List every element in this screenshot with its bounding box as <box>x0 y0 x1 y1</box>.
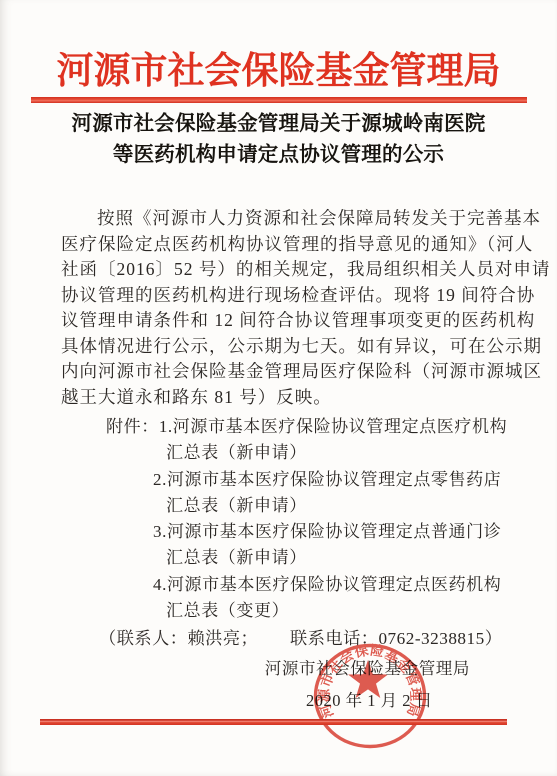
body-line: 协议管理的医药机构进行现场检查评估。现将 19 间符合协 <box>61 283 513 309</box>
attachment-number: 4. <box>153 575 167 594</box>
attachment-number: 1. <box>159 417 173 436</box>
attachment-item-2-title: 2.河源市基本医疗保险协议管理定点零售药店 <box>106 467 526 493</box>
attachment-item-3-cont: 汇总表（新申请） <box>106 545 526 571</box>
attachment-item-4-title: 4.河源市基本医疗保险协议管理定点医药机构 <box>106 572 526 598</box>
seal-star-icon <box>348 660 388 698</box>
attachment-text: 河源市基本医疗保险协议管理定点医疗机构 <box>173 417 507 436</box>
contact-line: （联系人：赖洪亮； 联系电话：0762-3238815） <box>0 624 557 650</box>
attachments-label: 附件： <box>106 417 159 436</box>
footer-red-rule <box>40 719 507 725</box>
document-title: 河源市社会保险基金管理局关于源城岭南医院 等医药机构申请定点协议管理的公示 <box>0 109 557 171</box>
document-title-line2: 等医药机构申请定点协议管理的公示 <box>0 140 557 171</box>
attachments-block: 附件：1.河源市基本医疗保险协议管理定点医疗机构 汇总表（新申请） 2.河源市基… <box>106 414 526 624</box>
contact-person: （联系人：赖洪亮； <box>99 624 258 649</box>
attachment-item-1-cont: 汇总表（新申请） <box>106 440 526 466</box>
attachment-number: 2. <box>153 470 167 489</box>
document-title-line1: 河源市社会保险基金管理局关于源城岭南医院 <box>0 109 557 140</box>
official-seal: 河源市社会保险基金管理局 <box>312 642 430 752</box>
body-line: 医疗保险定点医药机构协议管理的指导意见的通知》（河人 <box>61 232 513 258</box>
attachment-item-3-title: 3.河源市基本医疗保险协议管理定点普通门诊 <box>106 519 526 545</box>
body-line: 社函〔2016〕52 号）的相关规定，我局组织相关人员对申请 <box>61 257 513 283</box>
attachment-item-4-cont: 汇总表（变更） <box>106 598 526 624</box>
attachment-text: 河源市基本医疗保险协议管理定点普通门诊 <box>167 522 501 541</box>
attachment-text: 河源市基本医疗保险协议管理定点医药机构 <box>167 575 501 594</box>
attachment-item-1-title: 附件：1.河源市基本医疗保险协议管理定点医疗机构 <box>106 414 526 440</box>
document-page: 河源市社会保险基金管理局 河源市社会保险基金管理局关于源城岭南医院 等医药机构申… <box>0 0 557 776</box>
issuing-org-header: 河源市社会保险基金管理局 <box>0 46 557 98</box>
body-line: 具体情况进行公示，公示期为七天。如有异议，可在公示期 <box>61 334 513 360</box>
body-line: 内向河源市社会保险基金管理局医疗保险科（河源市源城区 <box>61 359 513 385</box>
attachment-number: 3. <box>153 522 167 541</box>
body-line: 越王大道永和路东 81 号）反映。 <box>61 385 513 411</box>
attachment-item-2-cont: 汇总表（新申请） <box>106 493 526 519</box>
body-paragraph: 按照《河源市人力资源和社会保障局转发关于完善基本 医疗保险定点医药机构协议管理的… <box>61 206 513 410</box>
header-red-rule <box>31 97 527 103</box>
body-line: 议管理申请条件和 12 间符合协议管理事项变更的医药机构 <box>61 308 513 334</box>
body-line: 按照《河源市人力资源和社会保障局转发关于完善基本 <box>61 206 513 232</box>
attachment-text: 河源市基本医疗保险协议管理定点零售药店 <box>167 470 501 489</box>
